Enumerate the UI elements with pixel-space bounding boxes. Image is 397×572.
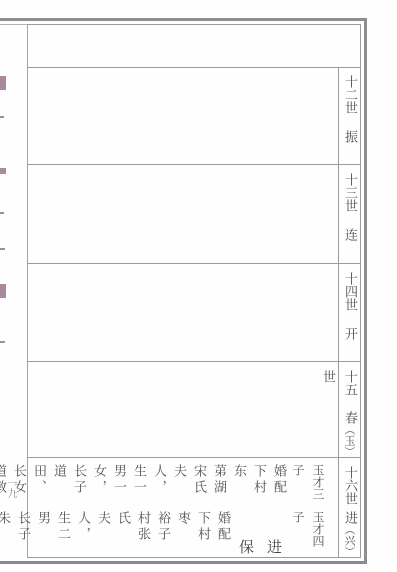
member-text-column: 婚配下村枣 xyxy=(172,511,232,558)
member-entry: 玉才三子 婚配下村东 苐湖宋氏夫 人，生一男一 女，长子道 田、长女道敏 xyxy=(0,464,328,511)
margin-mark xyxy=(0,168,6,174)
generation-cell: 十六世 进 （兴） xyxy=(338,458,360,558)
generation-cell: 十五世 春 （玉） xyxy=(338,362,360,457)
outer-border-top xyxy=(0,18,367,21)
generation-label: 十二世 xyxy=(338,75,360,114)
generation-alt-name: （玉） xyxy=(338,424,360,457)
member-relation: 玉才三子 xyxy=(288,464,328,511)
member-text-column: 夫人，生二男 xyxy=(32,511,112,558)
member-entries: 玉才三子 婚配下村东 苐湖宋氏夫 人，生一男一 女，长子道 田、长女道敏 玉才四… xyxy=(0,464,328,558)
generation-label: 十五世 xyxy=(316,370,360,405)
member-relation: 玉才四子 xyxy=(288,511,328,558)
member-entry: 玉才四子 进保 婚配下村枣 裕子村张氏 夫人，生二男 长子朱超、次 xyxy=(0,511,328,558)
member-text-column: 裕子村张氏 xyxy=(112,511,172,558)
outer-border-right xyxy=(364,18,367,564)
generation-alt-name: （兴） xyxy=(338,524,360,557)
generation-row-14: 十四世 开 xyxy=(28,264,360,362)
member-text-column: 人，生一男一 xyxy=(108,464,168,511)
generation-row-15: 十五世 春 （玉） xyxy=(28,362,360,458)
generation-cell: 十二世 振 xyxy=(338,67,360,164)
outer-border-bottom xyxy=(0,561,367,564)
generation-name: 振 xyxy=(338,130,360,143)
generation-row-16: 十六世 进 （兴） 玉才三子 婚配下村东 苐湖宋氏夫 人，生一男一 女，长子道 … xyxy=(28,458,360,558)
generation-name: 进 xyxy=(338,511,360,524)
member-text-column: 长子朱超、次 xyxy=(0,511,32,558)
margin-mark xyxy=(0,284,6,298)
member-text-column: 田、长女道敏 xyxy=(0,464,48,511)
generation-cell: 十三世 连 xyxy=(338,165,360,263)
margin-rule xyxy=(0,24,27,25)
generation-label: 十六世 xyxy=(338,466,360,505)
member-text-column: 女，长子道 xyxy=(48,464,108,511)
margin-title-marks xyxy=(0,70,22,370)
margin-mark xyxy=(0,116,4,118)
generation-row-13: 十三世 连 xyxy=(28,165,360,264)
margin-mark xyxy=(0,341,5,343)
margin-mark xyxy=(0,248,5,250)
member-text-column: 苐湖宋氏夫 xyxy=(168,464,228,511)
generation-label: 十三世 xyxy=(338,173,360,212)
generation-name: 连 xyxy=(338,228,360,241)
generation-name: 开 xyxy=(338,327,360,340)
margin-mark xyxy=(0,212,4,214)
generation-cell: 十四世 开 xyxy=(338,264,360,361)
generation-name: 春 xyxy=(338,411,360,424)
header-row xyxy=(28,25,360,68)
margin-mark xyxy=(0,76,6,90)
member-text-column: 婚配下村东 xyxy=(228,464,288,511)
generation-label: 十四世 xyxy=(338,272,360,311)
member-name: 进保 xyxy=(232,539,288,558)
generation-row-12: 十二世 振 xyxy=(28,67,360,165)
